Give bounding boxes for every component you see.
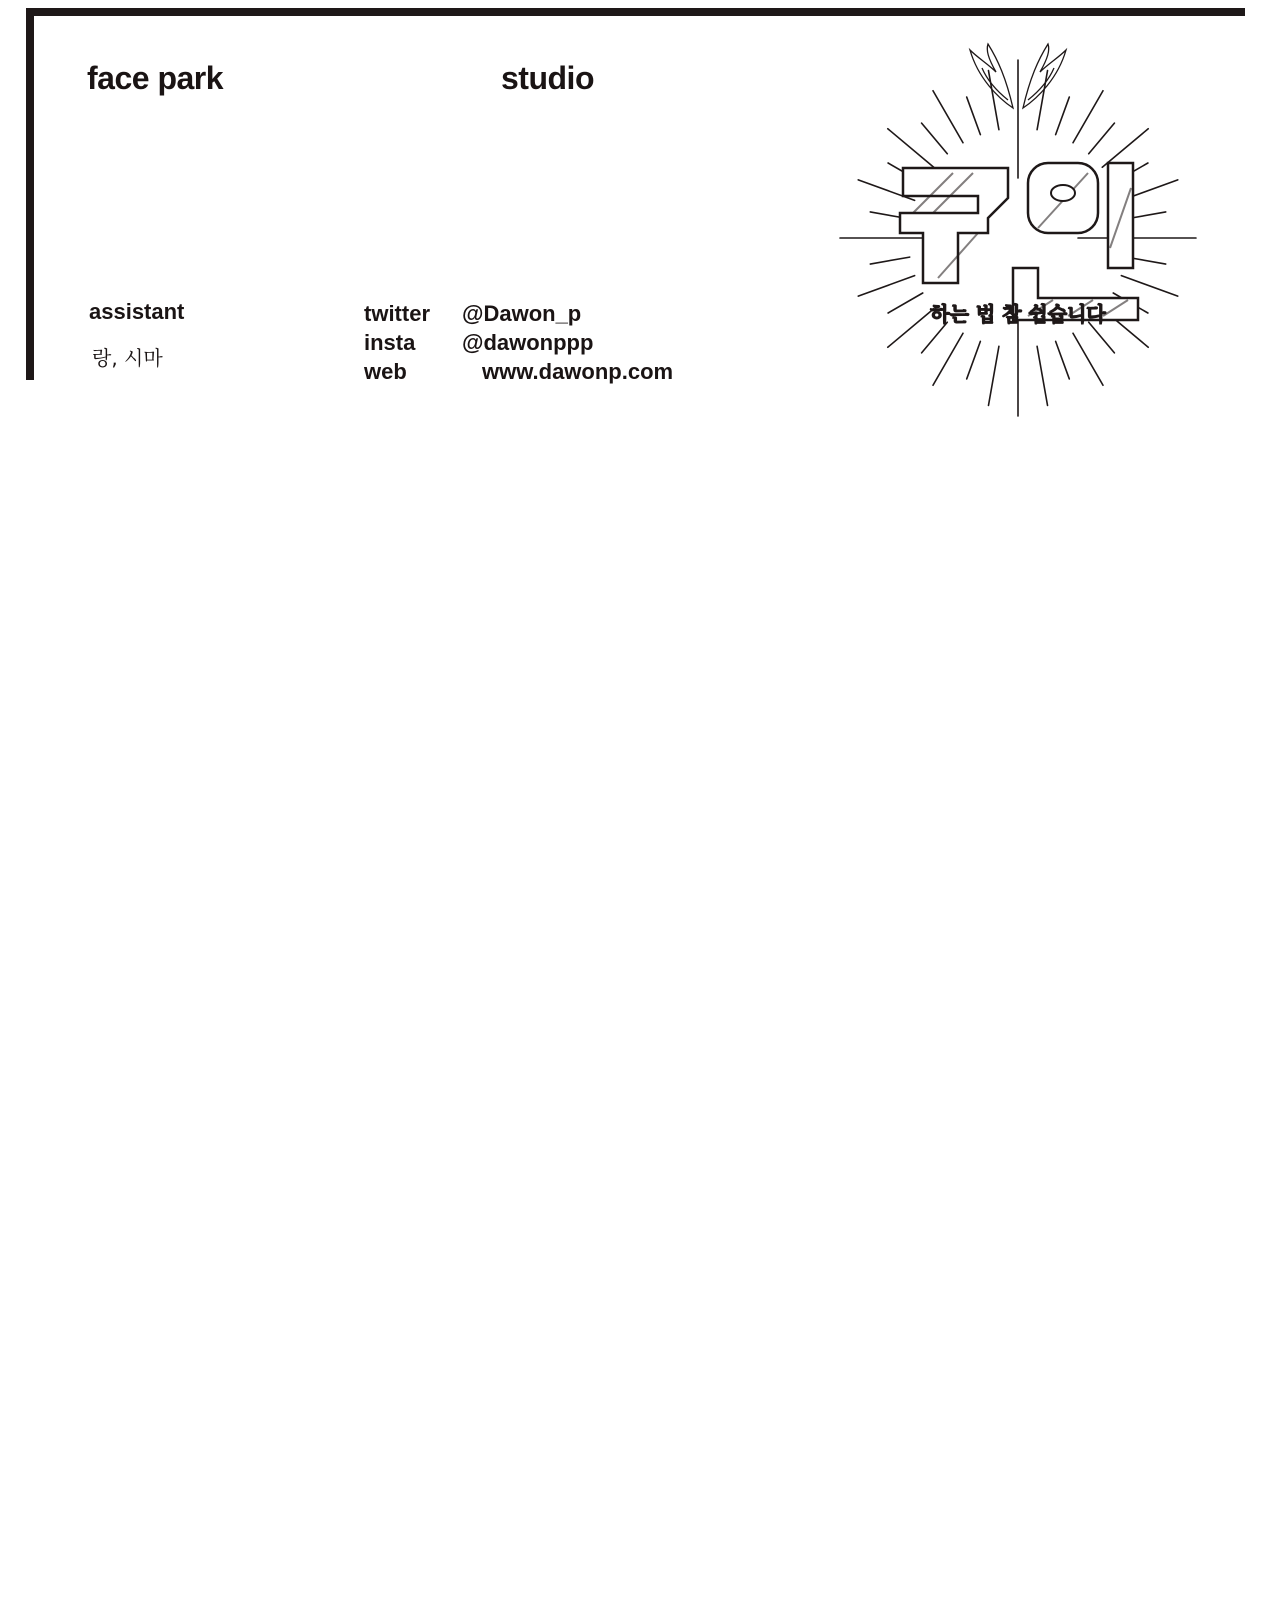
winged-burst-logo-icon: 하는 법 참 쉽습니다 <box>838 38 1198 418</box>
contact-value[interactable]: www.dawonp.com <box>462 359 673 385</box>
author-name: face park <box>87 60 223 97</box>
title-logo: 하는 법 참 쉽습니다 <box>838 38 1198 418</box>
contact-label: insta <box>364 330 462 356</box>
contact-value[interactable]: @Dawon_p <box>462 301 581 327</box>
studio-label: studio <box>501 60 594 97</box>
assistant-names: 랑, 시마 <box>92 342 163 371</box>
contact-value[interactable]: @dawonppp <box>462 330 593 356</box>
contact-list: twitter @Dawon_p insta @dawonppp web www… <box>364 299 673 386</box>
contact-insta: insta @dawonppp <box>364 328 673 357</box>
contact-label: web <box>364 359 462 385</box>
frame-left-border <box>26 8 34 380</box>
assistant-label: assistant <box>89 299 184 325</box>
logo-subtitle: 하는 법 참 쉽습니다 <box>930 302 1106 326</box>
contact-label: twitter <box>364 301 462 327</box>
frame-top-border <box>26 8 1245 16</box>
contact-web: web www.dawonp.com <box>364 357 673 386</box>
contact-twitter: twitter @Dawon_p <box>364 299 673 328</box>
